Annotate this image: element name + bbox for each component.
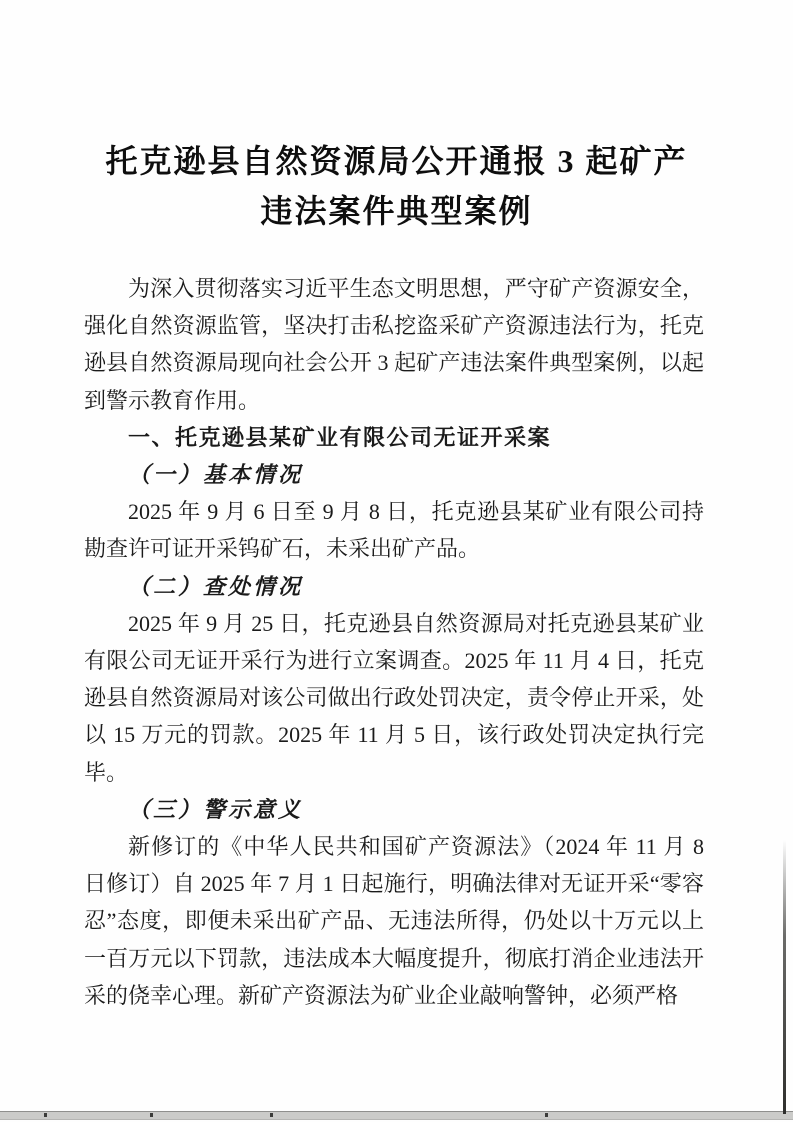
scan-dot [270, 1113, 273, 1117]
document-body: 为深入贯彻落实习近平生态文明思想，严守矿产资源安全，强化自然资源监管，坚决打击私… [84, 270, 704, 1014]
scanner-bottom-edge-artifact [0, 1111, 793, 1120]
scan-dot [44, 1113, 47, 1117]
document-title: 托克逊县自然资源局公开通报 3 起矿产 违法案件典型案例 [0, 136, 793, 236]
case1-warning-heading: （三）警示意义 [84, 791, 704, 828]
document-page: 托克逊县自然资源局公开通报 3 起矿产 违法案件典型案例 为深入贯彻落实习近平生… [0, 0, 793, 1122]
scan-dot [150, 1113, 153, 1117]
intro-paragraph: 为深入贯彻落实习近平生态文明思想，严守矿产资源安全，强化自然资源监管，坚决打击私… [84, 270, 704, 419]
case1-warning-paragraph: 新修订的《中华人民共和国矿产资源法》（2024 年 11 月 8 日修订）自 2… [84, 828, 704, 1014]
case1-investigation-heading: （二）查处情况 [84, 568, 704, 605]
document-title-line-1: 托克逊县自然资源局公开通报 3 起矿产 [0, 136, 793, 186]
case1-section-heading: 一、托克逊县某矿业有限公司无证开采案 [84, 419, 704, 456]
case1-basic-facts-heading: （一）基本情况 [84, 456, 704, 493]
scan-dot [545, 1113, 548, 1117]
document-title-line-2: 违法案件典型案例 [0, 186, 793, 236]
case1-basic-facts-paragraph: 2025 年 9 月 6 日至 9 月 8 日，托克逊县某矿业有限公司持勘查许可… [84, 493, 704, 567]
scanner-right-edge-artifact [783, 840, 786, 1114]
case1-investigation-paragraph: 2025 年 9 月 25 日，托克逊县自然资源局对托克逊县某矿业有限公司无证开… [84, 605, 704, 791]
